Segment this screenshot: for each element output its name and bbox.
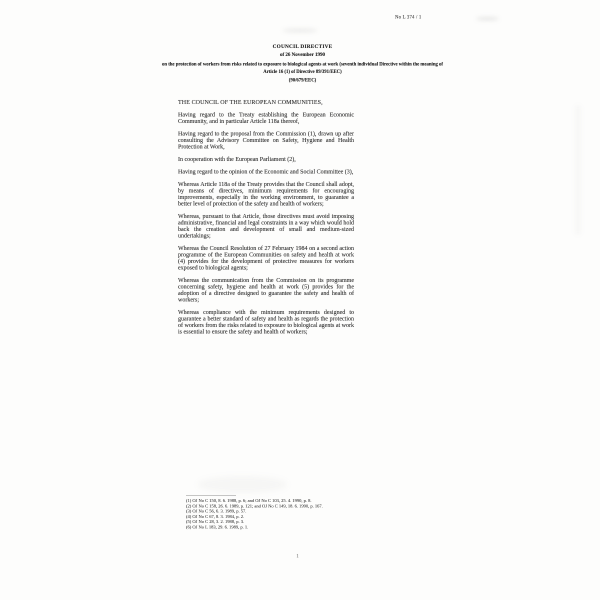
preamble-paragraph: In cooperation with the European Parliam… [178, 156, 354, 163]
document-canvas: No L 374 / 1 COUNCIL DIRECTIVE of 26 Nov… [0, 0, 600, 600]
footnote-item: (6) OJ No L 183, 29. 6. 1989, p. 1. [186, 524, 342, 529]
preamble-paragraph: Whereas the Council Resolution of 27 Feb… [178, 245, 354, 271]
preamble-paragraph: Having regard to the Treaty establishing… [178, 112, 354, 125]
page-number: 1 [0, 554, 595, 559]
preamble-paragraph: Whereas compliance with the minimum requ… [178, 309, 354, 335]
directive-subject: on the protection of workers from risks … [160, 61, 445, 76]
preamble-opening: THE COUNCIL OF THE EUROPEAN COMMUNITIES, [178, 99, 354, 106]
footnote-rule [186, 495, 236, 496]
preamble-paragraph: Whereas Article 118a of the Treaty provi… [178, 181, 354, 207]
scan-noise [198, 476, 288, 493]
scanned-document-page: No L 374 / 1 COUNCIL DIRECTIVE of 26 Nov… [0, 0, 600, 600]
footnote-list: (1) OJ No C 150, 8. 6. 1988, p. 6; and O… [186, 498, 342, 530]
preamble-paragraph: Whereas the communication from the Commi… [178, 277, 354, 303]
directive-kind-heading: COUNCIL DIRECTIVE [160, 44, 445, 50]
scan-noise [575, 105, 581, 235]
preamble-paragraph: Whereas, pursuant to that Article, those… [178, 213, 354, 239]
preamble-column: THE COUNCIL OF THE EUROPEAN COMMUNITIES,… [178, 99, 354, 341]
footnotes-block: (1) OJ No C 150, 8. 6. 1988, p. 6; and O… [186, 495, 342, 530]
page-header-reference: No L 374 / 1 [395, 15, 490, 20]
preamble-paragraph: Having regard to the proposal from the C… [178, 131, 354, 151]
directive-number: (90/679/EEC) [160, 78, 445, 83]
title-block: COUNCIL DIRECTIVE of 26 November 1990 on… [160, 44, 445, 83]
preamble-paragraph: Having regard to the opinion of the Econ… [178, 169, 354, 176]
preamble-paragraphs: Having regard to the Treaty establishing… [178, 112, 354, 336]
scan-noise [283, 28, 318, 33]
directive-date-line: of 26 November 1990 [160, 52, 445, 58]
